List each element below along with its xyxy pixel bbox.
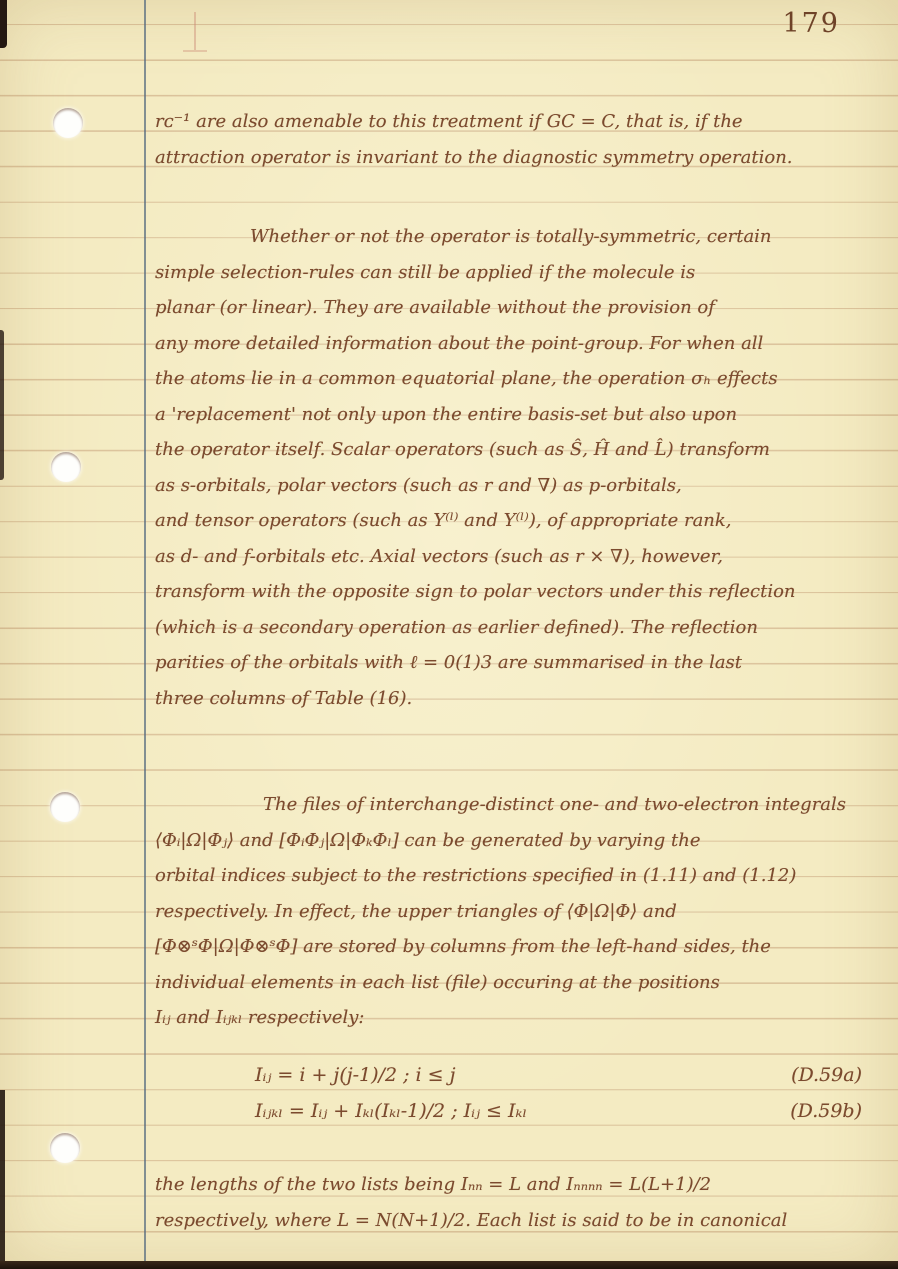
handwritten-line: [Φ⊗ˢΦ|Ω|Φ⊗ˢΦ] are stored by columns from… <box>155 929 890 965</box>
handwritten-line: a 'replacement' not only upon the entire… <box>155 397 890 433</box>
equation-label: (D.59b) <box>790 1093 862 1129</box>
handwritten-line: The files of interchange-distinct one- a… <box>155 787 890 823</box>
handwritten-line: and tensor operators (such as Y⁽ˡ⁾ and Υ… <box>155 503 890 539</box>
punch-hole <box>51 452 81 482</box>
handwritten-line: ⟨Φᵢ|Ω|Φⱼ⟩ and [ΦᵢΦⱼ|Ω|ΦₖΦₗ] can be gener… <box>155 823 890 859</box>
equation-block: Iᵢⱼ = i + j(j-1)/2 ; i ≤ j (D.59a) Iᵢⱼₖₗ… <box>155 1057 890 1129</box>
handwritten-line: rᴄ⁻¹ are also amenable to this treatment… <box>155 104 890 140</box>
handwritten-line: individual elements in each list (file) … <box>155 965 890 1001</box>
equation-body: Iᵢⱼₖₗ = Iᵢⱼ + Iₖₗ(Iₖₗ-1)/2 ; Iᵢⱼ ≤ Iₖₗ <box>255 1093 527 1129</box>
punch-hole <box>53 108 83 138</box>
handwritten-line: parities of the orbitals with ℓ = 0(1)3 … <box>155 645 890 681</box>
handwritten-line: Iᵢⱼ and Iᵢⱼₖₗ respectively: <box>155 1000 890 1036</box>
paragraph-list-lengths: the lengths of the two lists being Iₙₙ =… <box>155 1167 890 1238</box>
handwritten-line: the lengths of the two lists being Iₙₙ =… <box>155 1167 890 1203</box>
handwritten-line: any more detailed information about the … <box>155 326 890 362</box>
handwritten-line: respectively, where L = N(N+1)/2. Each l… <box>155 1203 890 1239</box>
pencil-mark-base <box>183 50 207 52</box>
handwritten-line: simple selection-rules can still be appl… <box>155 255 890 291</box>
scan-edge-artifact <box>0 0 7 48</box>
punch-hole <box>50 1133 80 1163</box>
handwritten-line: transform with the opposite sign to pola… <box>155 574 890 610</box>
pencil-mark-stem <box>194 12 196 50</box>
paragraph-intro: rᴄ⁻¹ are also amenable to this treatment… <box>155 104 890 175</box>
handwritten-line: as s-orbitals, polar vectors (such as r … <box>155 468 890 504</box>
handwritten-line: (which is a secondary operation as earli… <box>155 610 890 646</box>
scan-edge-artifact <box>0 330 4 480</box>
scan-edge-artifact <box>0 1090 5 1269</box>
equation-label: (D.59a) <box>791 1057 862 1093</box>
scan-edge-artifact <box>0 1261 898 1269</box>
handwritten-line: attraction operator is invariant to the … <box>155 140 890 176</box>
margin-rule-line <box>144 0 146 1262</box>
punch-hole <box>50 792 80 822</box>
handwritten-line: as d- and f-orbitals etc. Axial vectors … <box>155 539 890 575</box>
paragraph-integral-files: The files of interchange-distinct one- a… <box>155 787 890 1036</box>
handwritten-line: the atoms lie in a common equatorial pla… <box>155 361 890 397</box>
equation-row: Iᵢⱼₖₗ = Iᵢⱼ + Iₖₗ(Iₖₗ-1)/2 ; Iᵢⱼ ≤ Iₖₗ (… <box>155 1093 890 1129</box>
paragraph-selection-rules: Whether or not the operator is totally-s… <box>155 219 890 716</box>
handwritten-line: orbital indices subject to the restricti… <box>155 858 890 894</box>
pencil-mark <box>183 12 207 54</box>
equation-body: Iᵢⱼ = i + j(j-1)/2 ; i ≤ j <box>255 1057 455 1093</box>
page-number: 179 <box>782 8 840 39</box>
handwritten-line: planar (or linear). They are available w… <box>155 290 890 326</box>
notebook-page: 179 rᴄ⁻¹ are also amenable to this treat… <box>0 0 898 1269</box>
handwritten-line: the operator itself. Scalar operators (s… <box>155 432 890 468</box>
handwritten-line: three columns of Table (16). <box>155 681 890 717</box>
handwritten-line: Whether or not the operator is totally-s… <box>155 219 890 255</box>
equation-row: Iᵢⱼ = i + j(j-1)/2 ; i ≤ j (D.59a) <box>155 1057 890 1093</box>
handwritten-line: respectively. In effect, the upper trian… <box>155 894 890 930</box>
